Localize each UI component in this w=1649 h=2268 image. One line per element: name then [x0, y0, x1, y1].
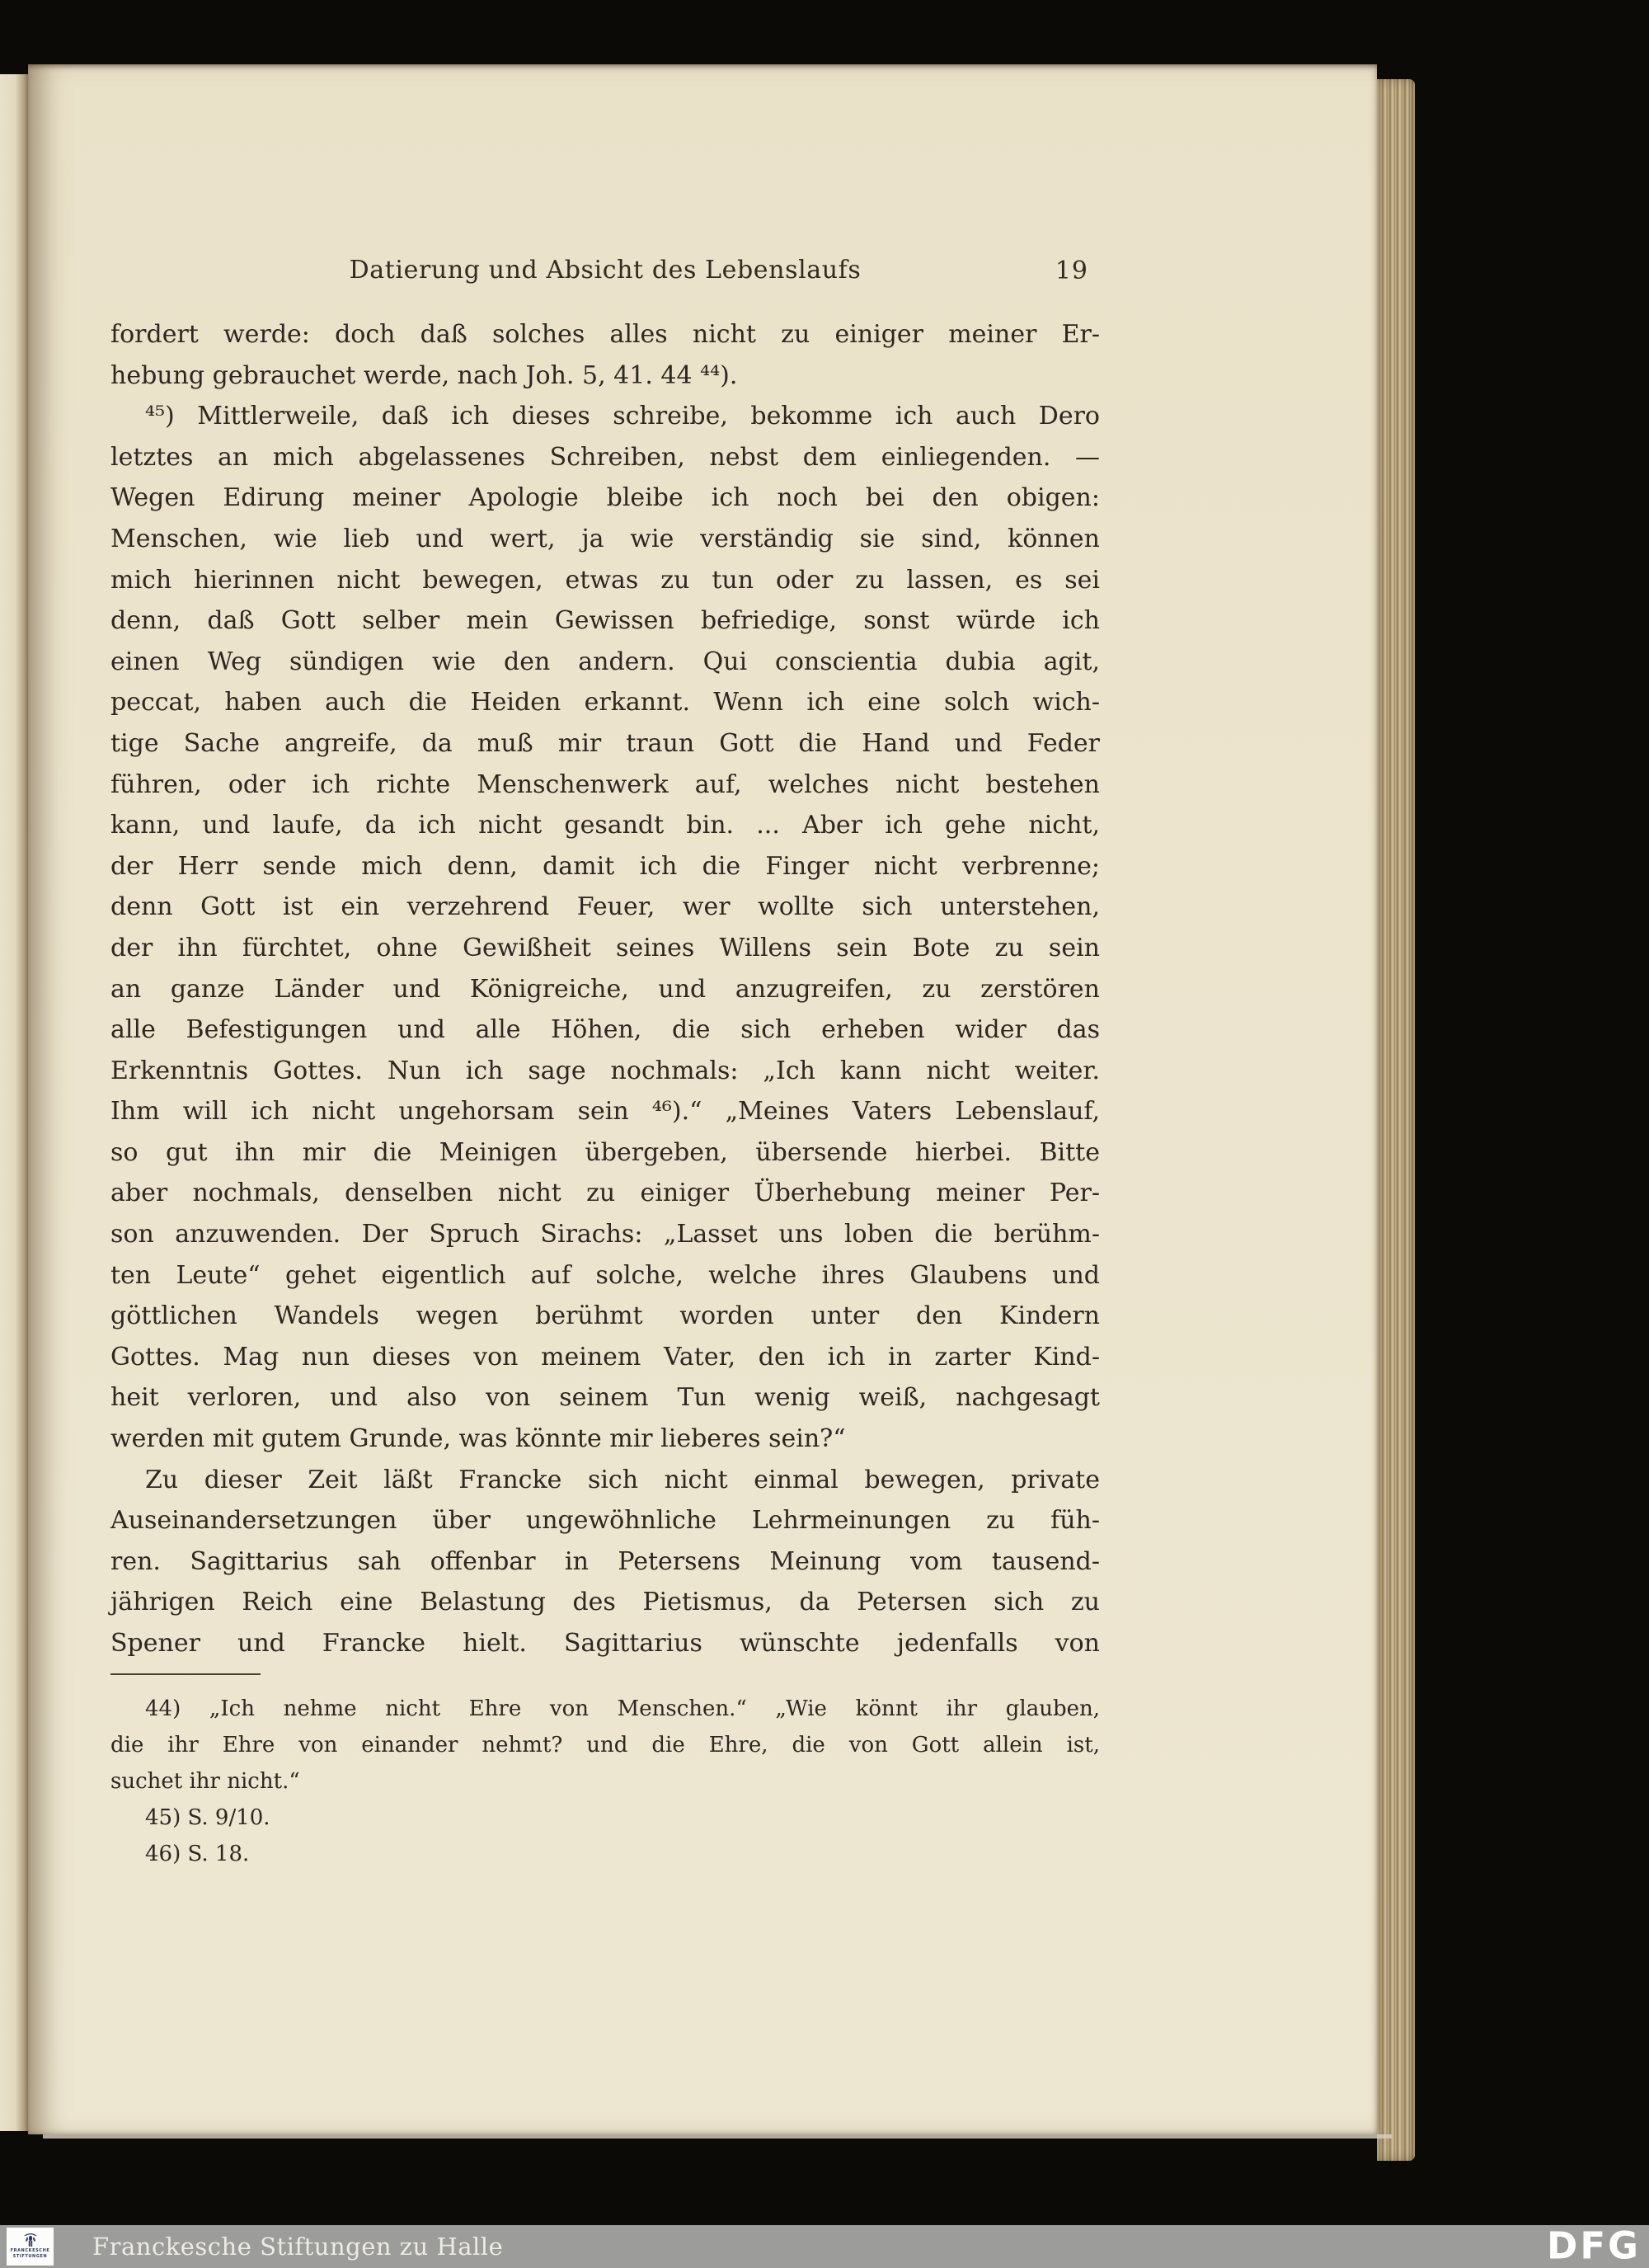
body-line: mich hierinnen nicht bewegen, etwas zu t…: [110, 560, 1100, 601]
body-line: Erkenntnis Gottes. Nun ich sage nochmals…: [110, 1051, 1100, 1092]
facing-page-edge: [0, 74, 28, 2131]
body-line: alle Befestigungen und alle Höhen, die s…: [110, 1009, 1100, 1051]
body-line: heit verloren, und also von seinem Tun w…: [110, 1377, 1100, 1419]
franckesche-stiftungen-logo: FRANCKESCHE STIFTUNGEN: [7, 2228, 54, 2266]
body-line: Gottes. Mag nun dieses von meinem Vater,…: [110, 1337, 1100, 1378]
body-line: letztes an mich abgelassenes Schreiben, …: [110, 437, 1100, 478]
body-line: ren. Sagittarius sah offenbar in Peterse…: [110, 1541, 1100, 1583]
book-page: Datierung und Absicht des Lebenslaufs 19…: [28, 64, 1377, 2134]
footnote-line: 44) „Ich nehme nicht Ehre von Menschen.“…: [110, 1691, 1100, 1727]
body-line: denn, daß Gott selber mein Gewissen befr…: [110, 600, 1100, 642]
body-line: kann, und laufe, da ich nicht gesandt bi…: [110, 805, 1100, 846]
body-line: aber nochmals, denselben nicht zu einige…: [110, 1173, 1100, 1214]
dfg-logo: DFG: [1547, 2223, 1641, 2267]
page-number: 19: [1055, 256, 1088, 285]
body-line: Zu dieser Zeit läßt Francke sich nicht e…: [110, 1460, 1100, 1501]
book-fore-edge: [1377, 79, 1415, 2161]
body-line: tige Sache angreife, da muß mir traun Go…: [110, 723, 1100, 765]
footnote-line: suchet ihr nicht.“: [110, 1763, 1100, 1800]
body-line: hebung gebrauchet werde, nach Joh. 5, 41…: [110, 355, 1100, 397]
body-line: peccat, haben auch die Heiden erkannt. W…: [110, 682, 1100, 723]
page-title: Datierung und Absicht des Lebenslaufs: [350, 256, 862, 285]
body-line: Spener und Francke hielt. Sagittarius wü…: [110, 1623, 1100, 1664]
institution-name: Franckesche Stiftungen zu Halle: [92, 2233, 503, 2261]
footnote-separator: [110, 1673, 261, 1675]
body-line: der Herr sende mich denn, damit ich die …: [110, 846, 1100, 887]
body-line: an ganze Länder und Königreiche, und anz…: [110, 969, 1100, 1010]
body-line: Auseinandersetzungen über ungewöhnliche …: [110, 1500, 1100, 1541]
page-bottom-edge: [43, 2134, 1392, 2139]
viewer-footer-bar: FRANCKESCHE STIFTUNGEN Franckesche Stift…: [0, 2225, 1649, 2268]
body-line: werden mit gutem Grunde, was könnte mir …: [110, 1419, 1100, 1460]
body-line: Wegen Edirung meiner Apologie bleibe ich…: [110, 478, 1100, 519]
body-line: jährigen Reich eine Belastung des Pietis…: [110, 1582, 1100, 1623]
body-line: ten Leute“ gehet eigentlich auf solche, …: [110, 1255, 1100, 1296]
body-text: fordert werde: doch daß solches alles ni…: [110, 314, 1100, 1664]
footnote-line: 46) S. 18.: [110, 1836, 1100, 1872]
body-line: fordert werde: doch daß solches alles ni…: [110, 314, 1100, 355]
body-line: führen, oder ich richte Menschenwerk auf…: [110, 765, 1100, 806]
footnote-line: die ihr Ehre von einander nehmt? und die…: [110, 1727, 1100, 1763]
logo-text-line2: STIFTUNGEN: [13, 2254, 48, 2260]
body-line: Ihm will ich nicht ungehorsam sein ⁴⁶).“…: [110, 1091, 1100, 1132]
footnote-line: 45) S. 9/10.: [110, 1800, 1100, 1836]
footnotes: 44) „Ich nehme nicht Ehre von Menschen.“…: [110, 1691, 1100, 1872]
scan-background: Datierung und Absicht des Lebenslaufs 19…: [0, 0, 1649, 2268]
body-line: göttlichen Wandels wegen berühmt worden …: [110, 1296, 1100, 1337]
franckesche-figure-icon: [21, 2230, 40, 2248]
running-header: Datierung und Absicht des Lebenslaufs 19: [110, 256, 1100, 294]
body-line: einen Weg sündigen wie den andern. Qui c…: [110, 642, 1100, 683]
body-line: so gut ihn mir die Meinigen übergeben, ü…: [110, 1132, 1100, 1174]
body-line: ⁴⁵) Mittlerweile, daß ich dieses schreib…: [110, 396, 1100, 437]
body-line: son anzuwenden. Der Spruch Sirachs: „Las…: [110, 1214, 1100, 1255]
body-line: der ihn fürchtet, ohne Gewißheit seines …: [110, 928, 1100, 969]
body-line: denn Gott ist ein verzehrend Feuer, wer …: [110, 887, 1100, 928]
body-line: Menschen, wie lieb und wert, ja wie vers…: [110, 519, 1100, 560]
